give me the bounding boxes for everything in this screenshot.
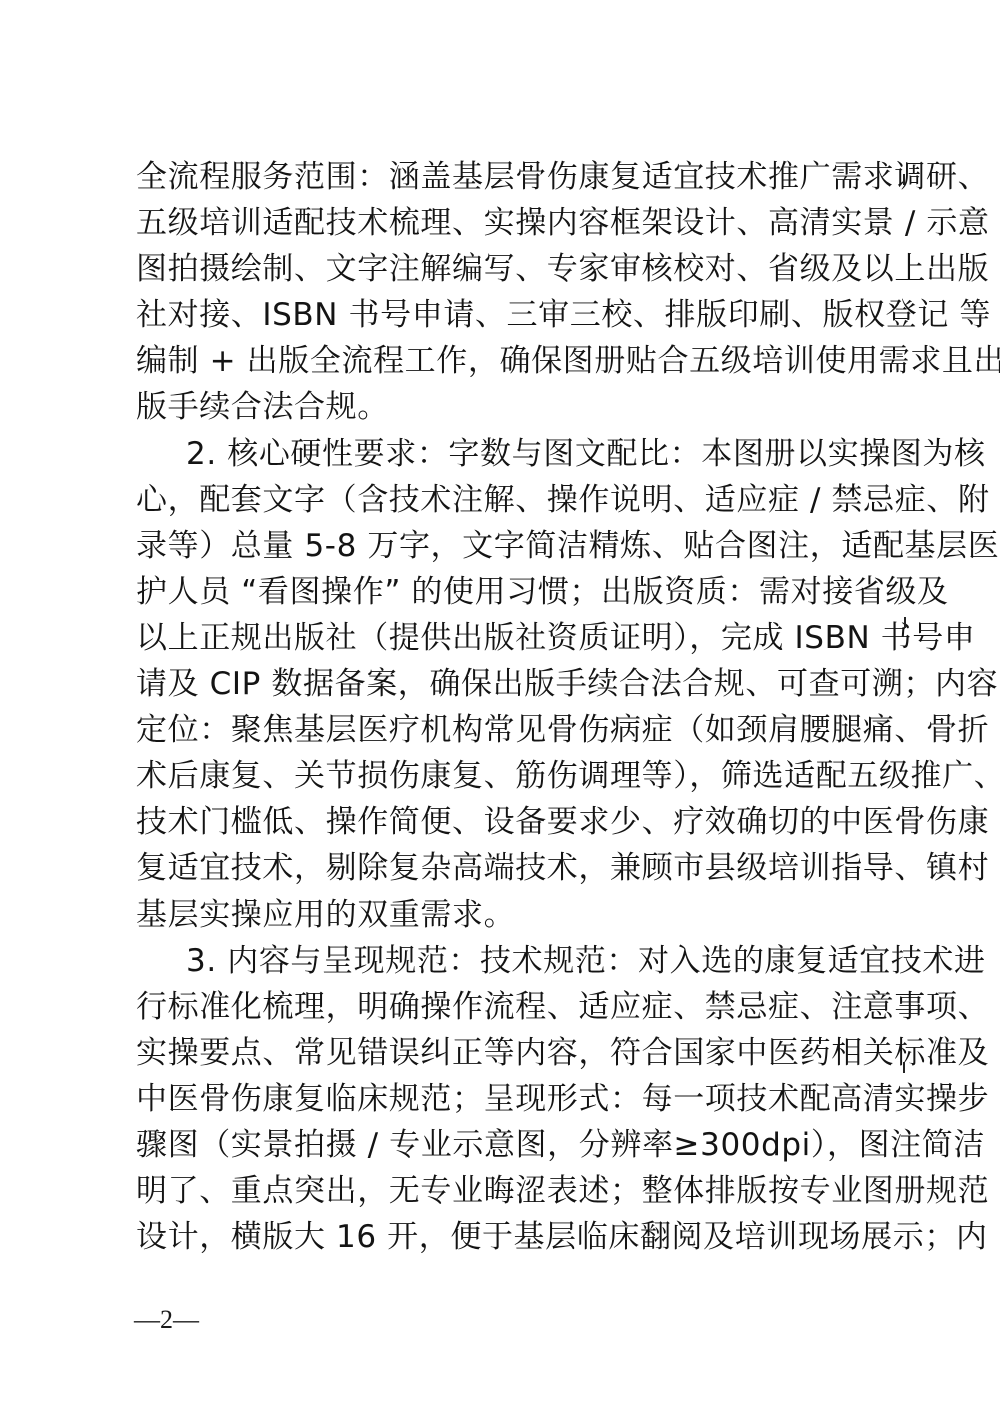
text-line: 五级培训适配技术梳理、实操内容框架设计、高清实景 / 示意 (136, 200, 866, 246)
document-page: 全流程服务范围：涵盖基层骨伤康复适宜技术推广需求调研、五级培训适配技术梳理、实操… (0, 0, 1000, 1401)
text-line: 中医骨伤康复临床规范；呈现形式：每一项技术配高清实操步 (136, 1076, 866, 1122)
paragraph-first-line: 2. 核心硬性要求：字数与图文配比：本图册以实操图为核 (136, 431, 866, 477)
text-line: 社对接、ISBN 书号申请、三审三校、排版印刷、版权登记 等 (136, 292, 866, 338)
text-line: 定位：聚焦基层医疗机构常见骨伤病症（如颈肩腰腿痛、骨折 (136, 707, 866, 753)
binding-mark (904, 617, 906, 628)
document-body: 全流程服务范围：涵盖基层骨伤康复适宜技术推广需求调研、五级培训适配技术梳理、实操… (136, 154, 866, 1260)
text-line: 复适宜技术，剔除复杂高端技术，兼顾市县级培训指导、镇村 (136, 845, 866, 891)
text-line: 请及 CIP 数据备案，确保出版手续合法合规、可查可溯；内容 (136, 661, 866, 707)
text-line: 设计，横版大 16 开，便于基层临床翻阅及培训现场展示；内 (136, 1214, 866, 1260)
text-line: 行标准化梳理，明确操作流程、适应症、禁忌症、注意事项、 (136, 984, 866, 1030)
binding-mark (903, 174, 905, 185)
text-line: 实操要点、常见错误纠正等内容，符合国家中医药相关标准及 (136, 1030, 866, 1076)
paragraph-first-line: 3. 内容与呈现规范：技术规范：对入选的康复适宜技术进 (136, 938, 866, 984)
text-line: 编制 + 出版全流程工作，确保图册贴合五级培训使用需求且出 (136, 338, 866, 384)
text-line: 图拍摄绘制、文字注解编写、专家审核校对、省级及以上出版 (136, 246, 866, 292)
text-line: 技术门槛低、操作简便、设备要求少、疗效确切的中医骨伤康 (136, 799, 866, 845)
text-line: 骤图（实景拍摄 / 专业示意图，分辨率≥300dpi），图注简洁 (136, 1122, 866, 1168)
text-line: 全流程服务范围：涵盖基层骨伤康复适宜技术推广需求调研、 (136, 154, 866, 200)
text-line: 心，配套文字（含技术注解、操作说明、适应症 / 禁忌症、附 (136, 477, 866, 523)
page-number: —2— (134, 1305, 199, 1335)
text-line: 术后康复、关节损伤康复、筋伤调理等），筛选适配五级推广、 (136, 753, 866, 799)
text-line: 护人员 “看图操作” 的使用习惯；出版资质：需对接省级及 (136, 569, 866, 615)
text-line: 明了、重点突出，无专业晦涩表述；整体排版按专业图册规范 (136, 1168, 866, 1214)
binding-mark (903, 1062, 905, 1073)
text-line: 基层实操应用的双重需求。 (136, 892, 866, 938)
text-line: 录等）总量 5-8 万字，文字简洁精炼、贴合图注，适配基层医 (136, 523, 866, 569)
text-line: 版手续合法合规。 (136, 384, 866, 430)
text-line: 以上正规出版社（提供出版社资质证明），完成 ISBN 书号申 (136, 615, 866, 661)
